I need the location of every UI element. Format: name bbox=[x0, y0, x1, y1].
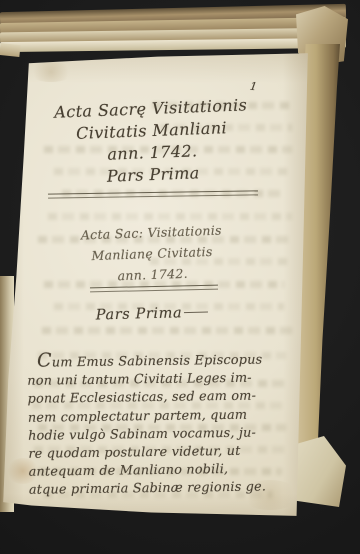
book-top-edges bbox=[0, 0, 352, 62]
heading-flourish bbox=[184, 312, 208, 314]
body-text: Cum Emus Sabinensis Episcopus non uni ta… bbox=[27, 348, 285, 500]
manuscript-photo: 1 Acta Sacrę Visitationis Civitatis Manl… bbox=[0, 0, 360, 554]
page-edge-tab bbox=[0, 43, 21, 57]
manuscript-page: 1 Acta Sacrę Visitationis Civitatis Manl… bbox=[2, 50, 314, 522]
subtitle-block: Acta Sac: Visitationis Manlianę Civitati… bbox=[19, 217, 285, 289]
body-line: hodie vulgò Sabinam vocamus, ju- bbox=[28, 424, 284, 446]
body-line: atque primaria Sabinæ regionis ge. bbox=[29, 479, 285, 501]
title-block: Acta Sacrę Visitationis Civitatis Manlia… bbox=[18, 93, 285, 191]
section-heading-text: Pars Prima bbox=[96, 305, 183, 323]
bleedthrough-line bbox=[42, 327, 292, 334]
